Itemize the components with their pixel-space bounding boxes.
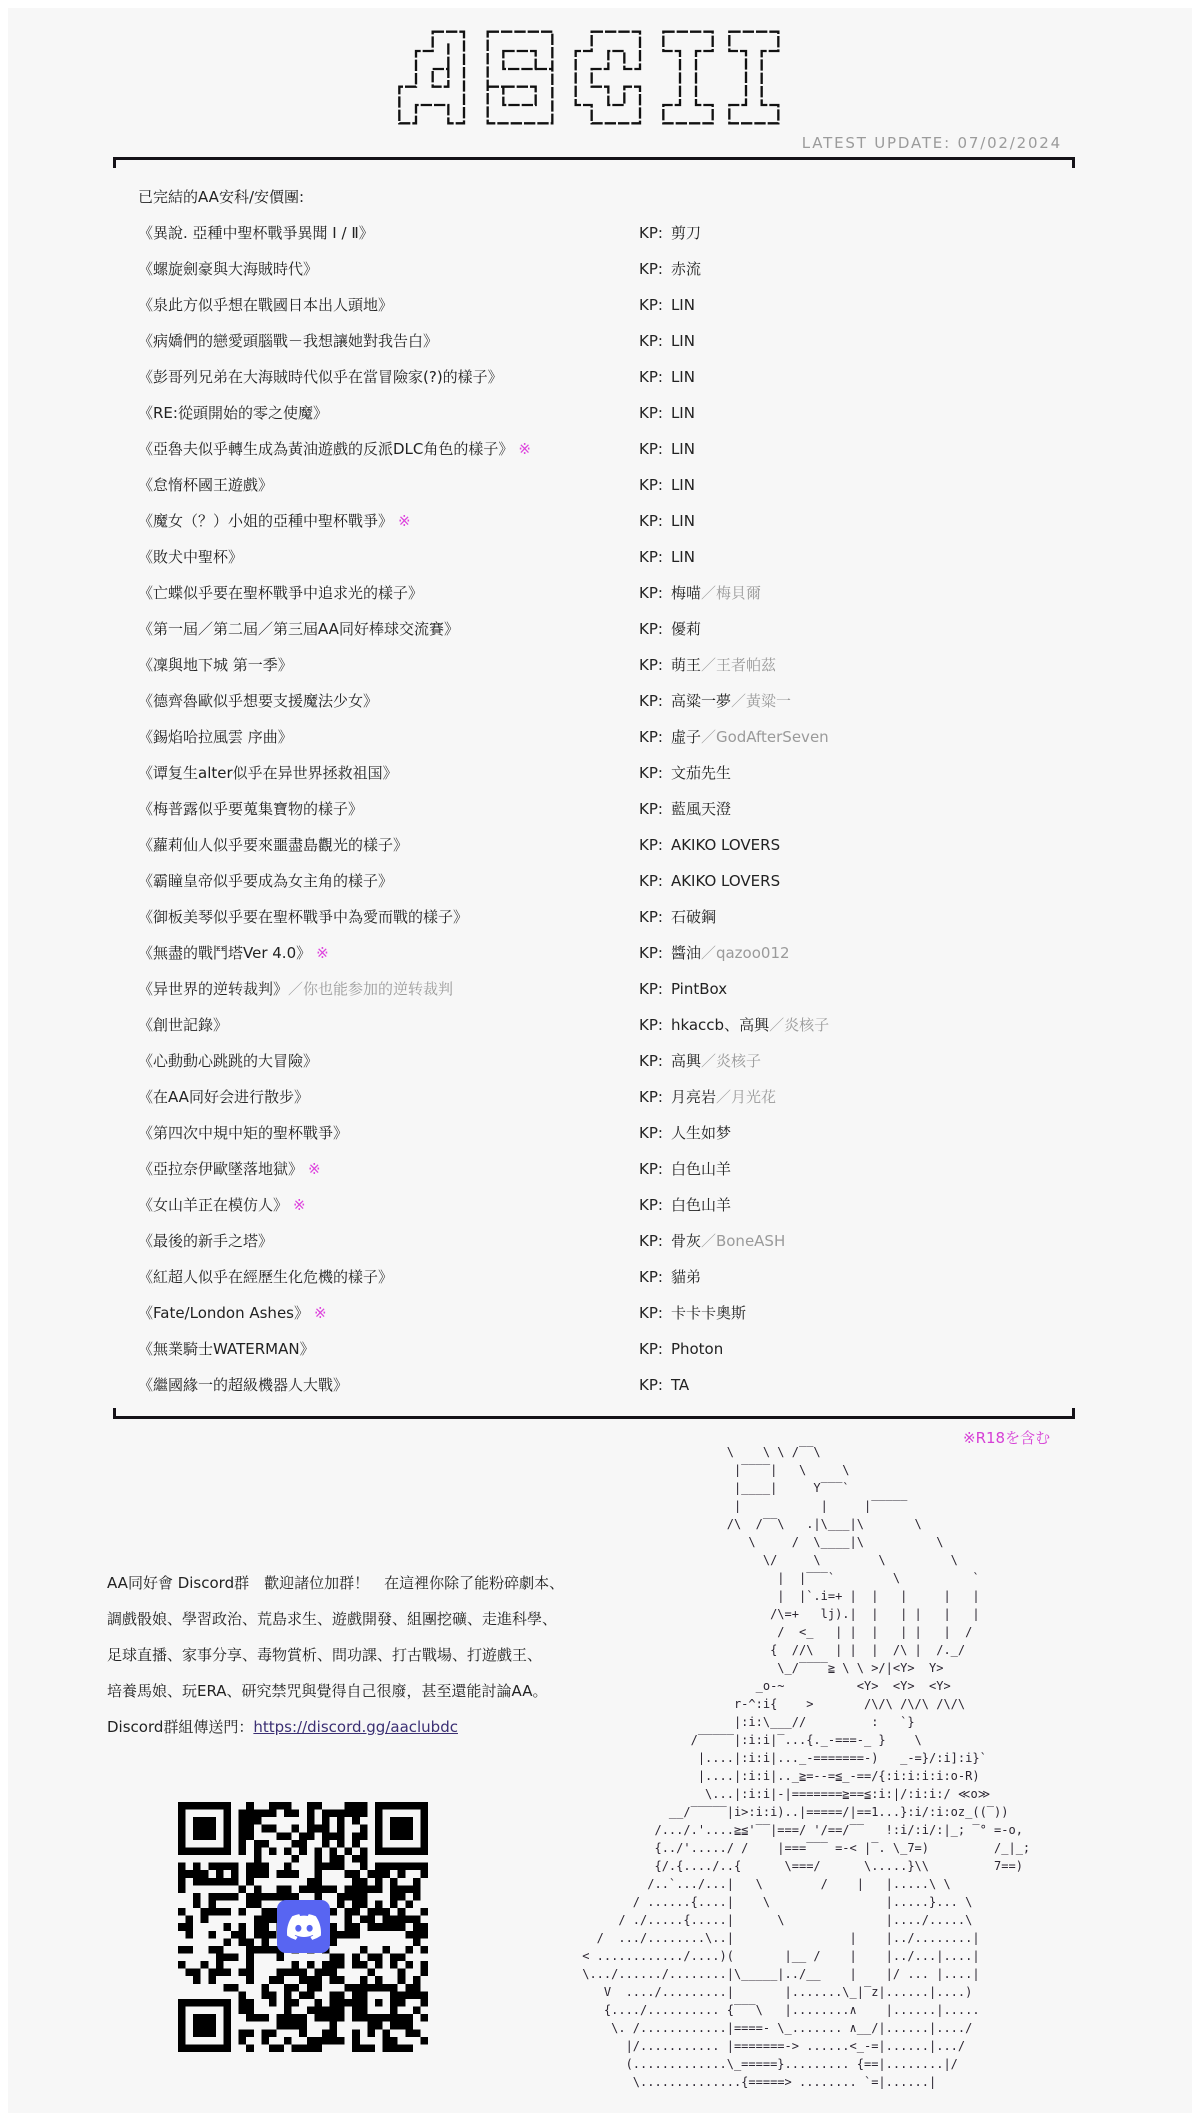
section-heading: 已完結的AA安科/安價團: <box>138 179 304 215</box>
kp-name: AKIKO LOVERS <box>671 872 780 890</box>
kp-name: LIN <box>671 548 695 566</box>
kp-name: LIN <box>671 476 695 494</box>
r18-mark: ※ <box>293 1196 306 1214</box>
kp-cell: KP:藍風天澄 <box>639 791 731 827</box>
work-title-cell: 《心動動心跳跳的大冒險》 <box>138 1043 318 1079</box>
list-item: 《錫焰哈拉風雲 序曲》KP:虛子／GodAfterSeven <box>0 719 1200 755</box>
kp-name: 石破鋼 <box>671 908 716 926</box>
work-title: 《紅超人似乎在經歷生化危機的樣子》 <box>138 1268 393 1286</box>
work-title-cell: 《魔女（？）小姐的亞種中聖杯戰爭》※ <box>138 503 411 539</box>
work-title: 《泉此方似乎想在戰國日本出人頭地》 <box>138 296 393 314</box>
kp-cell: KP:骨灰／BoneASH <box>639 1223 785 1259</box>
kp-cell: KP:高興／炎核子 <box>639 1043 761 1079</box>
list-item: 《彭哥列兄弟在大海賊時代似乎在當冒險家(?)的樣子》KP:LIN <box>0 359 1200 395</box>
list-item: 《異說. 亞種中聖杯戰爭異聞 Ⅰ / Ⅱ》KP:剪刀 <box>0 215 1200 251</box>
kp-name: 剪刀 <box>671 224 701 242</box>
kp-alt-name: ／月光花 <box>716 1088 776 1106</box>
promo-line: 培養馬娘、玩ERA、研究禁咒與覺得自己很廢，甚至還能討論AA。 <box>107 1673 564 1709</box>
promo-line: AA同好會 Discord群 歡迎諸位加群！ 在這裡你除了能粉碎劇本、 <box>107 1565 564 1601</box>
kp-cell: KP:石破鋼 <box>639 899 716 935</box>
kp-cell: KP:TA <box>639 1367 689 1403</box>
work-title: 《怠惰杯國王遊戲》 <box>138 476 273 494</box>
list-item: 《RE:從頭開始的零之使魔》KP:LIN <box>0 395 1200 431</box>
list-item: 《德齊魯歐似乎想要支援魔法少女》KP:高粱一夢／黃粱一 <box>0 683 1200 719</box>
kp-label: KP: <box>639 1232 663 1250</box>
kp-alt-name: ／梅貝爾 <box>701 584 761 602</box>
kp-label: KP: <box>639 692 663 710</box>
completed-works-list: 《異說. 亞種中聖杯戰爭異聞 Ⅰ / Ⅱ》KP:剪刀 《螺旋劍豪與大海賊時代》K… <box>0 215 1200 1403</box>
list-item: 《最後的新手之塔》KP:骨灰／BoneASH <box>0 1223 1200 1259</box>
list-item: 《怠惰杯國王遊戲》KP:LIN <box>0 467 1200 503</box>
kp-cell: KP:赤流 <box>639 251 701 287</box>
ascii-logo <box>390 25 790 135</box>
kp-cell: KP:LIN <box>639 503 695 539</box>
kp-name: 骨灰 <box>671 1232 701 1250</box>
kp-name: LIN <box>671 332 695 350</box>
kp-alt-name: ／王者帕茲 <box>701 656 776 674</box>
kp-name: 藍風天澄 <box>671 800 731 818</box>
list-item: 《病嬌們的戀愛頭腦戰－我想讓她對我告白》KP:LIN <box>0 323 1200 359</box>
kp-alt-name: ／GodAfterSeven <box>701 728 829 746</box>
work-title-cell: 《蘿莉仙人似乎要來噩盡島觀光的樣子》 <box>138 827 408 863</box>
kp-label: KP: <box>639 476 663 494</box>
work-title: 《Fate/London Ashes》 <box>138 1304 309 1322</box>
kp-label: KP: <box>639 368 663 386</box>
work-title: 《心動動心跳跳的大冒險》 <box>138 1052 318 1070</box>
kp-cell: KP:優莉 <box>639 611 701 647</box>
kp-cell: KP:白色山羊 <box>639 1187 731 1223</box>
work-title: 《彭哥列兄弟在大海賊時代似乎在當冒險家(?)的樣子》 <box>138 368 503 386</box>
kp-cell: KP:貓弟 <box>639 1259 701 1295</box>
work-title-cell: 《病嬌們的戀愛頭腦戰－我想讓她對我告白》 <box>138 323 438 359</box>
discord-invite-link[interactable]: https://discord.gg/aaclubdc <box>253 1718 458 1736</box>
list-item: 《第一屆／第二屆／第三屆AA同好棒球交流賽》KP:優莉 <box>0 611 1200 647</box>
kp-label: KP: <box>639 1016 663 1034</box>
work-title: 《在AA同好会进行散步》 <box>138 1088 309 1106</box>
kp-cell: KP:剪刀 <box>639 215 701 251</box>
kp-label: KP: <box>639 728 663 746</box>
work-title: 《亞拉奈伊歐墜落地獄》 <box>138 1160 303 1178</box>
work-title-cell: 《亞拉奈伊歐墜落地獄》※ <box>138 1151 321 1187</box>
kp-cell: KP:LIN <box>639 359 695 395</box>
work-title-cell: 《無業騎士WATERMAN》 <box>138 1331 315 1367</box>
list-item: 《亞拉奈伊歐墜落地獄》※KP:白色山羊 <box>0 1151 1200 1187</box>
kp-alt-name: ／炎核子 <box>701 1052 761 1070</box>
top-bracket-divider <box>113 157 1075 168</box>
work-title-cell: 《在AA同好会进行散步》 <box>138 1079 309 1115</box>
work-title-cell: 《螺旋劍豪與大海賊時代》 <box>138 251 318 287</box>
kp-name: LIN <box>671 440 695 458</box>
kp-alt-name: ／BoneASH <box>701 1232 785 1250</box>
kp-cell: KP:卡卡卡奧斯 <box>639 1295 746 1331</box>
kp-alt-name: ／炎核子 <box>769 1016 829 1034</box>
list-item: 《心動動心跳跳的大冒險》KP:高興／炎核子 <box>0 1043 1200 1079</box>
kp-label: KP: <box>639 1340 663 1358</box>
work-title: 《無盡的戰鬥塔Ver 4.0》 <box>138 944 311 962</box>
kp-label: KP: <box>639 620 663 638</box>
work-title-cell: 《Fate/London Ashes》※ <box>138 1295 327 1331</box>
kp-label: KP: <box>639 800 663 818</box>
work-title: 《最後的新手之塔》 <box>138 1232 273 1250</box>
list-item: 《谭复生alter似乎在异世界拯救祖国》KP:文茄先生 <box>0 755 1200 791</box>
kp-cell: KP:醬油／qazoo012 <box>639 935 790 971</box>
kp-label: KP: <box>639 404 663 422</box>
kp-label: KP: <box>639 296 663 314</box>
r18-mark: ※ <box>308 1160 321 1178</box>
r18-mark: ※ <box>518 440 531 458</box>
kp-label: KP: <box>639 944 663 962</box>
kp-label: KP: <box>639 908 663 926</box>
kp-name: LIN <box>671 404 695 422</box>
kp-name: 梅喵 <box>671 584 701 602</box>
ascii-art-illustration: \ \ \ /‾‾\ |‾‾‾‾| \ \ |____| Y‾‾‾` | | |… <box>575 1443 1030 2091</box>
kp-name: 文茄先生 <box>671 764 731 782</box>
work-title: 《谭复生alter似乎在异世界拯救祖国》 <box>138 764 398 782</box>
work-title: 《凜與地下城 第一季》 <box>138 656 293 674</box>
kp-label: KP: <box>639 1196 663 1214</box>
work-title-cell: 《第四次中規中矩的聖杯戰爭》 <box>138 1115 348 1151</box>
kp-cell: KP:Photon <box>639 1331 723 1367</box>
work-title-cell: 《异世界的逆转裁判》／你也能参加的逆转裁判 <box>138 971 453 1007</box>
work-title: 《魔女（？）小姐的亞種中聖杯戰爭》 <box>138 512 393 530</box>
kp-name: TA <box>671 1376 689 1394</box>
work-title-cell: 《最後的新手之塔》 <box>138 1223 273 1259</box>
kp-label: KP: <box>639 260 663 278</box>
kp-cell: KP:LIN <box>639 323 695 359</box>
work-title: 《德齊魯歐似乎想要支援魔法少女》 <box>138 692 378 710</box>
work-title: 《繼國緣一的超級機器人大戰》 <box>138 1376 348 1394</box>
work-title: 《異說. 亞種中聖杯戰爭異聞 Ⅰ / Ⅱ》 <box>138 224 374 242</box>
work-title: 《病嬌們的戀愛頭腦戰－我想讓她對我告白》 <box>138 332 438 350</box>
work-title: 《蘿莉仙人似乎要來噩盡島觀光的樣子》 <box>138 836 408 854</box>
kp-name: LIN <box>671 368 695 386</box>
work-title: 《無業騎士WATERMAN》 <box>138 1340 315 1358</box>
list-item: 《泉此方似乎想在戰國日本出人頭地》KP:LIN <box>0 287 1200 323</box>
kp-cell: KP:LIN <box>639 467 695 503</box>
kp-alt-name: ／黃粱一 <box>731 692 791 710</box>
kp-label: KP: <box>639 872 663 890</box>
work-title-cell: 《紅超人似乎在經歷生化危機的樣子》 <box>138 1259 393 1295</box>
kp-cell: KP:梅喵／梅貝爾 <box>639 575 761 611</box>
list-item: 《霸瞳皇帝似乎要成為女主角的樣子》KP:AKIKO LOVERS <box>0 863 1200 899</box>
discord-logo-icon <box>277 1900 330 1953</box>
work-title-cell: 《RE:從頭開始的零之使魔》 <box>138 395 328 431</box>
r18-mark: ※ <box>398 512 411 530</box>
kp-name: LIN <box>671 296 695 314</box>
work-title-cell: 《凜與地下城 第一季》 <box>138 647 293 683</box>
r18-mark: ※ <box>316 944 329 962</box>
kp-cell: KP:AKIKO LOVERS <box>639 863 780 899</box>
invite-line: Discord群組傳送門：https://discord.gg/aaclubdc <box>107 1709 564 1745</box>
kp-name: LIN <box>671 512 695 530</box>
list-item: 《亡蝶似乎要在聖杯戰爭中追求光的樣子》KP:梅喵／梅貝爾 <box>0 575 1200 611</box>
work-title: 《螺旋劍豪與大海賊時代》 <box>138 260 318 278</box>
work-title: 《梅普露似乎要蒐集寶物的樣子》 <box>138 800 363 818</box>
list-item: 《在AA同好会进行散步》KP:月亮岩／月光花 <box>0 1079 1200 1115</box>
kp-cell: KP:LIN <box>639 431 695 467</box>
kp-cell: KP:LIN <box>639 395 695 431</box>
kp-cell: KP:PintBox <box>639 971 727 1007</box>
kp-label: KP: <box>639 584 663 602</box>
kp-name: 卡卡卡奧斯 <box>671 1304 746 1322</box>
kp-name: 月亮岩 <box>671 1088 716 1106</box>
work-title-cell: 《第一屆／第二屆／第三屆AA同好棒球交流賽》 <box>138 611 459 647</box>
list-item: 《异世界的逆转裁判》／你也能参加的逆转裁判KP:PintBox <box>0 971 1200 1007</box>
work-title-cell: 《德齊魯歐似乎想要支援魔法少女》 <box>138 683 378 719</box>
list-item: 《無盡的戰鬥塔Ver 4.0》※KP:醬油／qazoo012 <box>0 935 1200 971</box>
list-item: 《凜與地下城 第一季》KP:萌王／王者帕茲 <box>0 647 1200 683</box>
work-title-cell: 《亡蝶似乎要在聖杯戰爭中追求光的樣子》 <box>138 575 423 611</box>
work-title-cell: 《女山羊正在模仿人》※ <box>138 1187 306 1223</box>
work-title-cell: 《梅普露似乎要蒐集寶物的樣子》 <box>138 791 363 827</box>
work-title-cell: 《敗犬中聖杯》 <box>138 539 243 575</box>
work-title-cell: 《錫焰哈拉風雲 序曲》 <box>138 719 293 755</box>
list-item: 《創世記錄》KP:hkaccb、高興／炎核子 <box>0 1007 1200 1043</box>
list-item: 《御板美琴似乎要在聖杯戰爭中為愛而戰的樣子》KP:石破鋼 <box>0 899 1200 935</box>
work-title: 《敗犬中聖杯》 <box>138 548 243 566</box>
kp-name: 高粱一夢 <box>671 692 731 710</box>
kp-name: hkaccb、高興 <box>671 1016 769 1034</box>
kp-name: 虛子 <box>671 728 701 746</box>
kp-alt-name: ／qazoo012 <box>701 944 790 962</box>
kp-label: KP: <box>639 1268 663 1286</box>
kp-label: KP: <box>639 980 663 998</box>
work-title-cell: 《亞魯夫似乎轉生成為黃油遊戲的反派DLC角色的樣子》※ <box>138 431 531 467</box>
work-title-cell: 《彭哥列兄弟在大海賊時代似乎在當冒險家(?)的樣子》 <box>138 359 503 395</box>
kp-name: AKIKO LOVERS <box>671 836 780 854</box>
kp-cell: KP:虛子／GodAfterSeven <box>639 719 829 755</box>
kp-label: KP: <box>639 1376 663 1394</box>
work-title: 《RE:從頭開始的零之使魔》 <box>138 404 328 422</box>
kp-cell: KP:月亮岩／月光花 <box>639 1079 776 1115</box>
work-title: 《女山羊正在模仿人》 <box>138 1196 288 1214</box>
kp-cell: KP:高粱一夢／黃粱一 <box>639 683 791 719</box>
kp-label: KP: <box>639 1304 663 1322</box>
work-title: 《創世記錄》 <box>138 1016 228 1034</box>
discord-promo: AA同好會 Discord群 歡迎諸位加群！ 在這裡你除了能粉碎劇本、 調戲骰娘… <box>107 1565 564 1745</box>
list-item: 《Fate/London Ashes》※KP:卡卡卡奧斯 <box>0 1295 1200 1331</box>
kp-label: KP: <box>639 440 663 458</box>
list-item: 《第四次中規中矩的聖杯戰爭》KP:人生如梦 <box>0 1115 1200 1151</box>
kp-label: KP: <box>639 1052 663 1070</box>
kp-cell: KP:人生如梦 <box>639 1115 731 1151</box>
list-item: 《繼國緣一的超級機器人大戰》KP:TA <box>0 1367 1200 1403</box>
kp-cell: KP:LIN <box>639 287 695 323</box>
kp-name: 貓弟 <box>671 1268 701 1286</box>
kp-name: 優莉 <box>671 620 701 638</box>
list-item: 《無業騎士WATERMAN》KP:Photon <box>0 1331 1200 1367</box>
kp-cell: KP:LIN <box>639 539 695 575</box>
work-title-cell: 《創世記錄》 <box>138 1007 228 1043</box>
work-title-cell: 《霸瞳皇帝似乎要成為女主角的樣子》 <box>138 863 393 899</box>
kp-cell: KP:文茄先生 <box>639 755 731 791</box>
work-title-cell: 《御板美琴似乎要在聖杯戰爭中為愛而戰的樣子》 <box>138 899 468 935</box>
kp-name: 人生如梦 <box>671 1124 731 1142</box>
kp-name: 白色山羊 <box>671 1160 731 1178</box>
latest-update-date: 07/02/2024 <box>958 134 1062 152</box>
list-item: 《魔女（？）小姐的亞種中聖杯戰爭》※KP:LIN <box>0 503 1200 539</box>
promo-line: 足球直播、家事分享、毒物賞析、問功課、打古戰場、打遊戲王、 <box>107 1637 564 1673</box>
bottom-bracket-divider <box>113 1408 1075 1419</box>
work-title-alt: ／你也能参加的逆转裁判 <box>288 980 453 998</box>
work-title: 《异世界的逆转裁判》 <box>138 980 288 998</box>
work-title-cell: 《無盡的戰鬥塔Ver 4.0》※ <box>138 935 329 971</box>
ascii-logo-letters <box>390 25 790 135</box>
work-title-cell: 《泉此方似乎想在戰國日本出人頭地》 <box>138 287 393 323</box>
list-item: 《蘿莉仙人似乎要來噩盡島觀光的樣子》KP:AKIKO LOVERS <box>0 827 1200 863</box>
list-item: 《敗犬中聖杯》KP:LIN <box>0 539 1200 575</box>
work-title: 《第一屆／第二屆／第三屆AA同好棒球交流賽》 <box>138 620 459 638</box>
work-title-cell: 《谭复生alter似乎在异世界拯救祖国》 <box>138 755 398 791</box>
kp-name: 白色山羊 <box>671 1196 731 1214</box>
kp-cell: KP:AKIKO LOVERS <box>639 827 780 863</box>
kp-label: KP: <box>639 1124 663 1142</box>
kp-name: 萌王 <box>671 656 701 674</box>
kp-cell: KP:白色山羊 <box>639 1151 731 1187</box>
kp-name: PintBox <box>671 980 727 998</box>
kp-label: KP: <box>639 656 663 674</box>
kp-cell: KP:萌王／王者帕茲 <box>639 647 776 683</box>
kp-label: KP: <box>639 1160 663 1178</box>
kp-label: KP: <box>639 836 663 854</box>
kp-name: 赤流 <box>671 260 701 278</box>
kp-label: KP: <box>639 512 663 530</box>
work-title-cell: 《繼國緣一的超級機器人大戰》 <box>138 1367 348 1403</box>
work-title-cell: 《異說. 亞種中聖杯戰爭異聞 Ⅰ / Ⅱ》 <box>138 215 374 251</box>
work-title: 《御板美琴似乎要在聖杯戰爭中為愛而戰的樣子》 <box>138 908 468 926</box>
work-title: 《第四次中規中矩的聖杯戰爭》 <box>138 1124 348 1142</box>
work-title: 《錫焰哈拉風雲 序曲》 <box>138 728 293 746</box>
kp-cell: KP:hkaccb、高興／炎核子 <box>639 1007 829 1043</box>
kp-label: KP: <box>639 548 663 566</box>
kp-name: 高興 <box>671 1052 701 1070</box>
kp-label: KP: <box>639 224 663 242</box>
list-item: 《女山羊正在模仿人》※KP:白色山羊 <box>0 1187 1200 1223</box>
work-title: 《亞魯夫似乎轉生成為黃油遊戲的反派DLC角色的樣子》 <box>138 440 513 458</box>
work-title-cell: 《怠惰杯國王遊戲》 <box>138 467 273 503</box>
kp-label: KP: <box>639 764 663 782</box>
list-item: 《螺旋劍豪與大海賊時代》KP:赤流 <box>0 251 1200 287</box>
list-item: 《梅普露似乎要蒐集寶物的樣子》KP:藍風天澄 <box>0 791 1200 827</box>
list-item: 《亞魯夫似乎轉生成為黃油遊戲的反派DLC角色的樣子》※KP:LIN <box>0 431 1200 467</box>
kp-name: 醬油 <box>671 944 701 962</box>
list-item: 《紅超人似乎在經歷生化危機的樣子》KP:貓弟 <box>0 1259 1200 1295</box>
promo-line: 調戲骰娘、學習政治、荒島求生、遊戲開發、組團挖礦、走進科學、 <box>107 1601 564 1637</box>
kp-name: Photon <box>671 1340 723 1358</box>
work-title: 《霸瞳皇帝似乎要成為女主角的樣子》 <box>138 872 393 890</box>
portal-label: Discord群組傳送門： <box>107 1718 253 1736</box>
latest-update: LATEST UPDATE: 07/02/2024 <box>660 132 1062 154</box>
kp-label: KP: <box>639 332 663 350</box>
r18-mark: ※ <box>314 1304 327 1322</box>
kp-label: KP: <box>639 1088 663 1106</box>
latest-update-label: LATEST UPDATE: <box>802 134 951 152</box>
work-title: 《亡蝶似乎要在聖杯戰爭中追求光的樣子》 <box>138 584 423 602</box>
